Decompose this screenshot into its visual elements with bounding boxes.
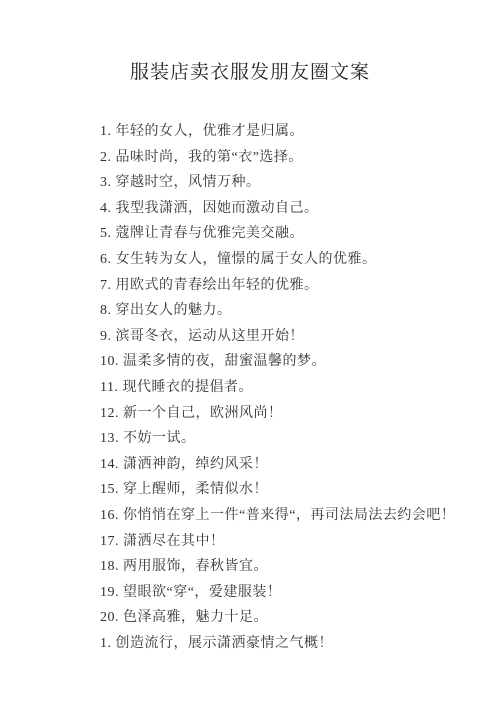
list-item: 15. 穿上醒师，柔情似水！: [100, 477, 470, 503]
list-item: 20. 色泽高雅，魅力十足。: [100, 605, 470, 631]
list-item: 9. 滨哥冬衣，运动从这里开始！: [100, 324, 470, 350]
list-item: 16. 你悄悄在穿上一件“普来得“，再司法局法去约会吧！: [100, 503, 470, 529]
copy-list: 1. 年轻的女人，优雅才是归属。 2. 品味时尚，我的第“衣”选择。 3. 穿越…: [100, 119, 470, 656]
list-item: 11. 现代睡衣的提倡者。: [100, 375, 470, 401]
list-item: 6. 女生转为女人，憧憬的属于女人的优雅。: [100, 247, 470, 273]
list-item: 1. 年轻的女人，优雅才是归属。: [100, 119, 470, 145]
list-item: 4. 我型我潇洒，因她而激动自己。: [100, 196, 470, 222]
list-item: 5. 蔻牌让青春与优雅完美交融。: [100, 221, 470, 247]
list-item: 13. 不妨一试。: [100, 426, 470, 452]
list-item: 3. 穿越时空，风情万种。: [100, 170, 470, 196]
list-item: 10. 温柔多情的夜，甜蜜温馨的梦。: [100, 349, 470, 375]
list-item: 19. 望眼欲“穿“，爱建服装！: [100, 580, 470, 606]
page-title: 服装店卖衣服发朋友圈文案: [0, 60, 500, 86]
list-item: 14. 潇洒神韵，绰约风采！: [100, 452, 470, 478]
document-page: 服装店卖衣服发朋友圈文案 1. 年轻的女人，优雅才是归属。 2. 品味时尚，我的…: [0, 0, 500, 708]
list-item: 12. 新一个自己，欧洲风尚！: [100, 401, 470, 427]
list-item: 8. 穿出女人的魅力。: [100, 298, 470, 324]
list-item: 7. 用欧式的青春绘出年轻的优雅。: [100, 273, 470, 299]
list-item: 2. 品味时尚，我的第“衣”选择。: [100, 145, 470, 171]
list-item: 18. 两用服饰，春秋皆宜。: [100, 554, 470, 580]
list-item: 17. 潇洒尽在其中！: [100, 529, 470, 555]
list-item: 1. 创造流行，展示潇洒豪情之气概！: [100, 631, 470, 657]
